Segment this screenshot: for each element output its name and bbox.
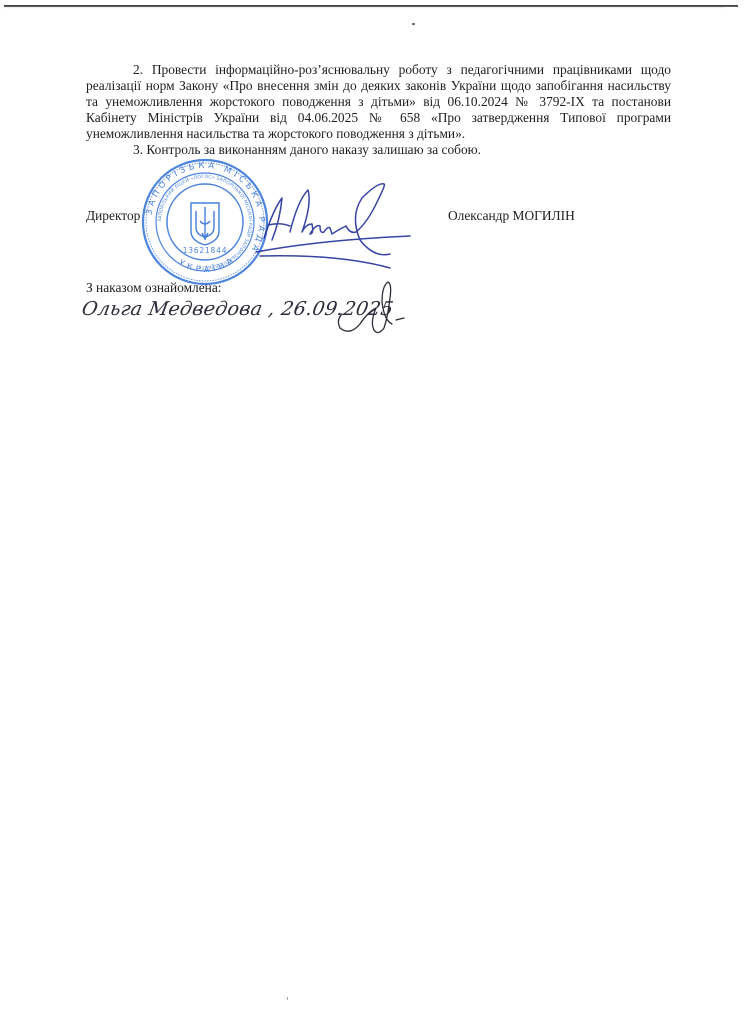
signer-role: Директор bbox=[86, 208, 140, 224]
trident-icon bbox=[191, 203, 219, 245]
signer-name: Олександр МОГИЛІН bbox=[448, 208, 575, 224]
scan-edge-shadow bbox=[4, 7, 724, 9]
document-page: 2. Провести інформаційно-роз’яснювальну … bbox=[0, 0, 744, 1024]
paragraph-item-3: 3. Контроль за виконанням даного наказу … bbox=[86, 142, 671, 158]
acknowledgement-signature bbox=[330, 272, 420, 342]
director-signature bbox=[250, 180, 420, 270]
acknowledgement-label: З наказом ознайомлена: bbox=[86, 280, 222, 296]
scan-speck bbox=[287, 997, 288, 1000]
svg-text:13621844: 13621844 bbox=[183, 246, 228, 255]
scan-speck bbox=[412, 23, 415, 25]
paragraph-item-2: 2. Провести інформаційно-роз’яснювальну … bbox=[86, 62, 671, 142]
order-body-text: 2. Провести інформаційно-роз’яснювальну … bbox=[86, 62, 671, 158]
